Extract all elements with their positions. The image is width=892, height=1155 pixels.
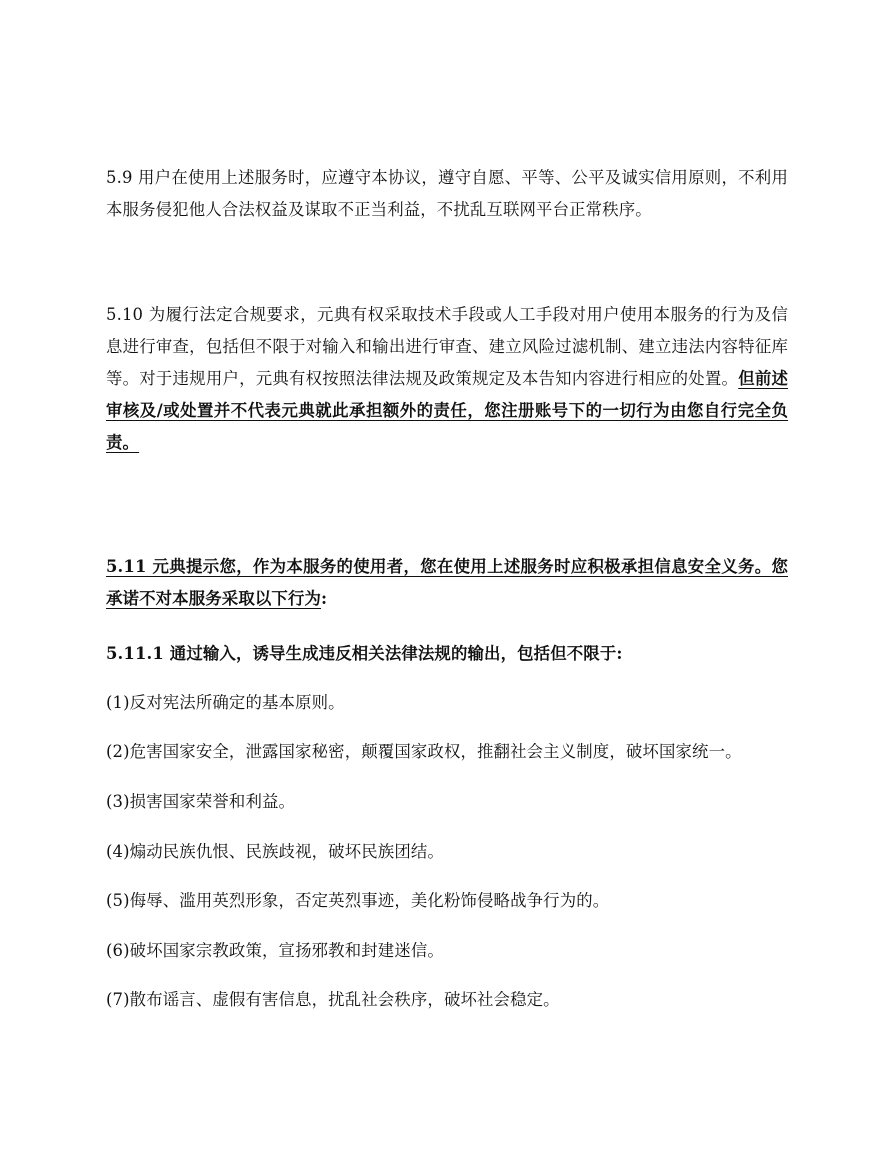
clause-5-9: 5.9 用户在使用上述服务时，应遵守本协议，遵守自愿、平等、公平及诚实信用原则，… — [106, 162, 788, 226]
list-item: (2)危害国家安全，泄露国家秘密，颠覆国家政权，推翻社会主义制度，破坏国家统一。 — [106, 736, 742, 768]
clause-5-10-text: 5.10 为履行法定合规要求，元典有权采取技术手段或人工手段对用户使用本服务的行… — [106, 305, 788, 388]
clause-5-11: 5.11 元典提示您，作为本服务的使用者，您在使用上述服务时应积极承担信息安全义… — [106, 551, 788, 615]
clause-5-11-colon: : — [321, 589, 327, 608]
list-item: (1)反对宪法所确定的基本原则。 — [106, 687, 345, 719]
document-page: 5.9 用户在使用上述服务时，应遵守本协议，遵守自愿、平等、公平及诚实信用原则，… — [0, 0, 892, 1155]
list-item: (6)破坏国家宗教政策，宣扬邪教和封建迷信。 — [106, 935, 444, 967]
clause-5-11-emphasis-1: 5.11 元典提示您，作为本服务的使用者，您在使用上述服务时应积极承担信息安全义… — [106, 557, 771, 576]
clause-5-9-text: 5.9 用户在使用上述服务时，应遵守本协议，遵守自愿、平等、公平及诚实信用原则，… — [106, 168, 788, 219]
list-item: (7)散布谣言、虚假有害信息，扰乱社会秩序，破坏社会稳定。 — [106, 984, 560, 1016]
clause-5-11-1-heading: 5.11.1 通过输入，诱导生成违反相关法律法规的输出，包括但不限于: — [106, 638, 623, 670]
list-item: (3)损害国家荣誉和利益。 — [106, 786, 295, 818]
list-item: (5)侮辱、滥用英烈形象，否定英烈事迹，美化粉饰侵略战争行为的。 — [106, 885, 609, 917]
clause-5-10: 5.10 为履行法定合规要求，元典有权采取技术手段或人工手段对用户使用本服务的行… — [106, 299, 788, 459]
list-item: (4)煽动民族仇恨、民族歧视，破坏民族团结。 — [106, 836, 444, 868]
